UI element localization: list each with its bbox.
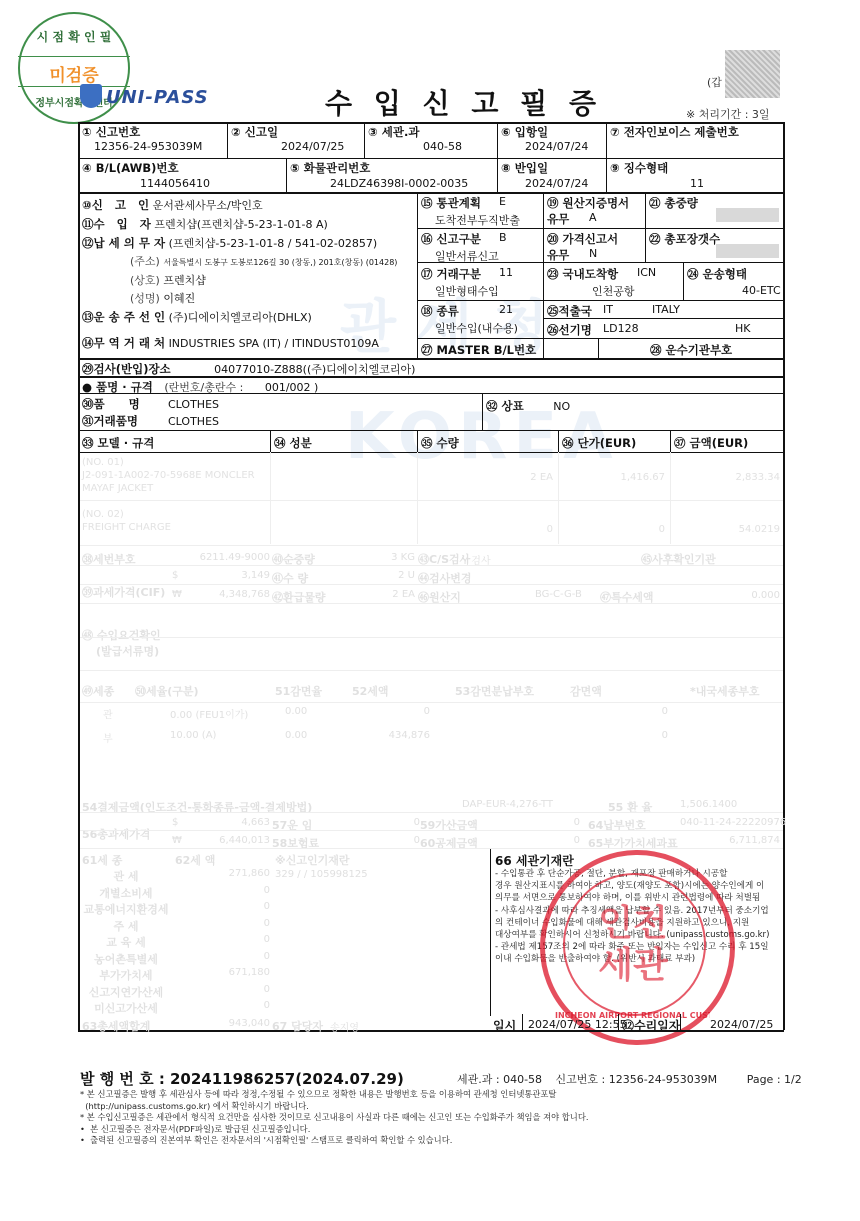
duty-reduced-1: 0 <box>600 730 668 741</box>
usd-sym: $ <box>172 570 178 581</box>
accepted-label: ⑫수리일자 <box>622 1017 680 1034</box>
name-value: 이혜진 <box>163 292 195 305</box>
total-tax: 943,040 <box>190 1018 270 1029</box>
tax-summary-amount-8: 0 <box>190 1000 270 1011</box>
page-number: 1/2 <box>784 1073 802 1086</box>
importer-value: 프렌치샵(프렌치샵-5-23-1-01-8 A) <box>154 218 327 231</box>
arrival-port-value: 인천공항 <box>592 283 635 299</box>
field-label-1: ② 신고일 <box>231 124 278 140</box>
name-label: (성명) <box>130 292 160 305</box>
brand-value: NO <box>553 400 570 413</box>
declarant-note: 329 / / 105998125 <box>275 869 368 880</box>
field-value-2: 040-58 <box>423 140 462 153</box>
accepted-value: 2024/07/25 <box>710 1018 773 1031</box>
total-taxable-krw: ₩ <box>172 835 182 846</box>
item-unit-price-0: 1,416.67 <box>605 472 665 483</box>
total-tax-label: 63총세액합계 <box>82 1018 150 1034</box>
duty-col-5: 감면액 <box>570 683 602 699</box>
field-label-4: ⑦ 전자인보이스 제출번호 <box>610 124 739 140</box>
clearance-plan-code: E <box>499 195 506 208</box>
trader-value: INDUSTRIES SPA (IT) / ITINDUST0109A <box>169 337 379 350</box>
export-country-value: ITALY <box>652 303 680 316</box>
trade-name-value: CLOTHES <box>168 413 219 430</box>
item-qty-0: 2 EA <box>508 472 553 483</box>
total-taxable-krw-value: 6,440,013 <box>185 835 270 846</box>
price-decl-sub: 유무 <box>547 247 569 263</box>
clearance-plan-label: ⑮ 통관계획 <box>421 195 481 211</box>
verify-stamp-status: 미검증 <box>20 61 128 86</box>
total-packages-label: ㉒ 총포장갯수 <box>649 231 720 247</box>
field-label-0: ① 신고번호 <box>82 124 140 140</box>
item-model-1: (NO. 02)FREIGHT CHARGE <box>82 508 171 534</box>
processing-period: ※ 처리기간 : 3일 <box>686 106 770 122</box>
transport-mode-label: ㉔ 운송형태 <box>687 266 747 282</box>
tax-summary-type-2: 교통에너지환경세 <box>82 901 170 917</box>
taxable-value-label: ㊴과세가격(CIF) <box>82 584 165 600</box>
field2-value-3: 11 <box>690 177 704 190</box>
customs-note-label: 66 세관기재란 <box>495 852 574 869</box>
total-weight-label: ㉑ 총중량 <box>649 195 698 211</box>
import-req-sub: (발급서류명) <box>96 643 159 659</box>
tax-summary-amount-3: 0 <box>190 918 270 929</box>
settlement-value: DAP-EUR-4,276-TT <box>462 799 553 810</box>
duty-tax-1: 434,876 <box>350 730 430 741</box>
kind-label: ⑱ 종류 <box>421 303 459 319</box>
inspection-place-label: ㉙검사(반입)장소 <box>82 362 171 376</box>
field-value-1: 2024/07/25 <box>281 140 344 153</box>
product-name-value: CLOTHES <box>168 396 219 413</box>
origin-cert-value: A <box>589 211 597 224</box>
taxpayer-value: (프렌치샵-5-23-1-01-8 / 541-02-02857) <box>169 237 378 250</box>
kind-value: 일반수입(내수용) <box>435 320 518 336</box>
tax-summary-type-8: 미신고가산세 <box>82 1000 170 1016</box>
duty-col-6: *내국세종부호 <box>690 683 760 699</box>
decl-type-label: ⑯ 신고구분 <box>421 231 481 247</box>
tax-summary-amount-2: 0 <box>190 901 270 912</box>
received-value: 2024/07/25 12:55 <box>528 1018 627 1031</box>
product-name-label: ㉚품 명 <box>82 397 140 411</box>
net-weight: 3 KG <box>350 552 415 563</box>
total-taxable-usd: $ <box>172 817 178 828</box>
field-value-0: 12356-24-953039M <box>94 140 202 153</box>
origin-cert-sub: 유무 <box>547 211 569 227</box>
declarant-value: 운서관세사무소/박인호 <box>153 199 263 212</box>
parties-block: ⑩신 고 인 운서관세사무소/박인호 ⑪수 입 자 프렌치샵(프렌치샵-5-23… <box>82 196 397 353</box>
total-taxable-usd-value: 4,663 <box>185 817 270 828</box>
company-value: 프렌치샵 <box>163 274 206 287</box>
qty: 2 U <box>350 570 415 581</box>
arrival-port-label: ㉓ 국내도착항 <box>547 266 618 282</box>
vessel-code: LD128 <box>603 322 639 335</box>
footer-decl-label: 신고번호 : <box>556 1073 606 1086</box>
duty-col-1: ㊿세율(구분) <box>135 683 199 699</box>
forwarder-label: ⑬운 송 주 선 인 <box>82 310 165 324</box>
duty-col-3: 52세액 <box>352 683 389 699</box>
tax-summary-type-0: 관 세 <box>82 868 170 884</box>
hs-code: 6211.49-9000 <box>170 552 270 563</box>
brand-label: ㉜ 상표 <box>486 399 524 413</box>
transport-mode-value: 40-ETC <box>742 284 781 297</box>
item-col-2: ㉟ 수량 <box>421 435 459 451</box>
item-model-0: (NO. 01)J2-091-1A002-70-5968E MONCLERMAY… <box>82 456 255 495</box>
footer-customs: 040-58 <box>503 1073 542 1086</box>
duty-tax-0: 0 <box>350 706 430 717</box>
refund-qty: 2 EA <box>350 589 415 600</box>
duty-reduction-1: 0.00 <box>285 730 307 741</box>
unipass-logo: UNI-PASS <box>106 87 209 108</box>
tax-summary-type-3: 주 세 <box>82 918 170 934</box>
duty-col-0: ㊾세종 <box>82 683 114 699</box>
vessel-value: HK <box>735 322 751 335</box>
tax-summary-amount-6: 671,180 <box>190 967 270 978</box>
tax-summary-type-6: 부가가치세 <box>82 967 170 983</box>
issue-label: 발 행 번 호 : <box>80 1070 165 1088</box>
price-decl-label: ⑳ 가격신고서 <box>547 231 618 247</box>
trade-type-code: 11 <box>499 266 513 279</box>
field2-label-2: ⑧ 반입일 <box>501 160 548 176</box>
tax-summary-amount-4: 0 <box>190 934 270 945</box>
footer-customs-label: 세관.과 : <box>457 1073 500 1086</box>
duty-rate-0: 0.00 (FEU1이가) <box>170 706 248 721</box>
vessel-label: ㉖선기명 <box>547 322 592 338</box>
field2-label-3: ⑨ 징수형태 <box>610 160 668 176</box>
special-tax: 0.000 <box>720 590 780 601</box>
item-header-label: ● 품명 · 규격 <box>82 380 153 394</box>
total-weight-redacted <box>716 208 779 222</box>
page-title: 수 입 신 고 필 증 <box>325 82 602 122</box>
field-value-3: 2024/07/24 <box>525 140 588 153</box>
footer-decl: 12356-24-953039M <box>609 1073 717 1086</box>
customs-seal: 인천세관 INCHEON AIRPORT REGIONAL CUSTOMS · … <box>540 850 735 1045</box>
krw-sym: ₩ <box>172 589 182 600</box>
trade-type-label: ⑰ 거래구분 <box>421 266 481 282</box>
declarant-note-label: ※신고인기재란 <box>275 852 349 868</box>
tax-summary-header-type: 61세 종 <box>82 852 122 868</box>
deduct: 0 <box>560 835 580 846</box>
item-unit-price-1: 0 <box>605 524 665 535</box>
tax-summary-amount-5: 0 <box>190 951 270 962</box>
tax-summary-type-5: 농어촌특별세 <box>82 951 170 967</box>
origin: BG-C-G-B <box>535 589 582 600</box>
field-label-2: ③ 세관.과 <box>368 124 419 140</box>
field2-value-0: 1144056410 <box>140 177 210 190</box>
import-req-label: ㊽ 수입요건확인 <box>82 627 161 643</box>
company-label: (상호) <box>130 274 160 287</box>
insurance: 0 <box>390 835 420 846</box>
payment-no: 040-11-24-22220976 <box>680 817 786 828</box>
price-decl-value: N <box>589 247 597 260</box>
duty-col-2: 51감면율 <box>275 683 322 699</box>
field2-value-2: 2024/07/24 <box>525 177 588 190</box>
clearance-plan-value: 도착전부두직반출 <box>435 212 520 228</box>
page-label: Page : <box>747 1073 781 1086</box>
tax-summary-amount-1: 0 <box>190 885 270 896</box>
trade-type-value: 일반형태수입 <box>435 283 499 299</box>
add: 0 <box>560 817 580 828</box>
importer-label: ⑪수 입 자 <box>82 217 151 231</box>
origin-cert-label: ⑲ 원산지증명서 <box>547 195 629 211</box>
trade-name-label: ㉛거래품명 <box>82 414 138 428</box>
vat-base: 6,711,874 <box>720 835 780 846</box>
field2-label-0: ④ B/L(AWB)번호 <box>82 160 179 176</box>
export-country-label: ㉕적출국 <box>547 303 592 319</box>
duty-rate-1: 10.00 (A) <box>170 730 216 741</box>
forwarder-value: (주)디에이치엘코리아(DHLX) <box>169 311 312 324</box>
item-col-1: ㉞ 성분 <box>274 435 312 451</box>
exchange: 1,506.1400 <box>680 799 737 810</box>
trader-label: ⑭무 역 거 래 처 <box>82 336 165 350</box>
item-qty-1: 0 <box>508 524 553 535</box>
carrier-code-label: ㉘ 운수기관부호 <box>650 342 732 358</box>
total-taxable-label: 56총과세가격 <box>82 826 150 842</box>
tax-summary-type-4: 교 육 세 <box>82 934 170 950</box>
total-packages-redacted <box>716 244 779 258</box>
duty-col-4: 53감면분납부호 <box>455 683 534 699</box>
arrival-port-code: ICN <box>637 266 656 279</box>
unipass-shield-icon <box>80 84 102 108</box>
decl-type-value: 일반서류신고 <box>435 248 499 264</box>
address-value: 서울특별시 도봉구 도봉로126길 30 (창동,) 201호(창동) (014… <box>163 258 397 267</box>
duty-type-0: 관 <box>103 706 113 721</box>
kind-code: 21 <box>499 303 513 316</box>
duty-type-1: 부 <box>103 730 113 745</box>
tax-summary-type-1: 개별소비세 <box>82 885 170 901</box>
field2-value-1: 24LDZ46398I-0002-0035 <box>330 177 468 190</box>
officer: 송지영 <box>330 1019 359 1034</box>
inspection-place-value: 04077010-Z888((주)디에이치엘코리아) <box>214 363 415 376</box>
duty-reduction-0: 0.00 <box>285 706 307 717</box>
tax-summary-header-amount: 62세 액 <box>175 852 215 868</box>
address-label: (주소) <box>130 255 160 268</box>
field-label-3: ⑥ 입항일 <box>501 124 548 140</box>
received-label: 일시 <box>493 1019 516 1033</box>
decl-type-code: B <box>499 231 507 244</box>
item-col-4: ㊲ 금액(EUR) <box>674 435 748 451</box>
item-col-3: ㊱ 단가(EUR) <box>562 435 636 451</box>
freight: 0 <box>390 817 420 828</box>
declarant-label: ⑩신 고 인 <box>82 198 149 212</box>
footer-notes: * 본 신고필증은 발행 후 세관심사 등에 따라 정정,수정될 수 있으므로 … <box>80 1089 588 1147</box>
tax-summary-amount-7: 0 <box>190 984 270 995</box>
item-amount-0: 2,833.34 <box>725 472 780 483</box>
taxpayer-label: ⑫납 세 의 무 자 <box>82 236 165 250</box>
verify-stamp-top: 시 점 확 인 필 <box>28 28 120 45</box>
tax-summary-type-7: 신고지연가산세 <box>82 984 170 1000</box>
item-col-0: ㉝ 모델 · 규격 <box>82 435 154 451</box>
issue-number: 202411986257(2024.07.29) <box>170 1070 404 1088</box>
qr-code[interactable] <box>725 50 780 98</box>
usd-value: 3,149 <box>190 570 270 581</box>
krw-value: 4,348,768 <box>190 589 270 600</box>
tax-summary-amount-0: 271,860 <box>190 868 270 879</box>
item-amount-1: 54.0219 <box>725 524 780 535</box>
officer-label: 67 담당자 <box>272 1018 323 1034</box>
duty-reduced-0: 0 <box>600 706 668 717</box>
field2-label-1: ⑤ 화물관리번호 <box>290 160 370 176</box>
master-bl-label: ㉗ MASTER B/L번호 <box>421 342 536 358</box>
export-country-code: IT <box>603 303 613 316</box>
